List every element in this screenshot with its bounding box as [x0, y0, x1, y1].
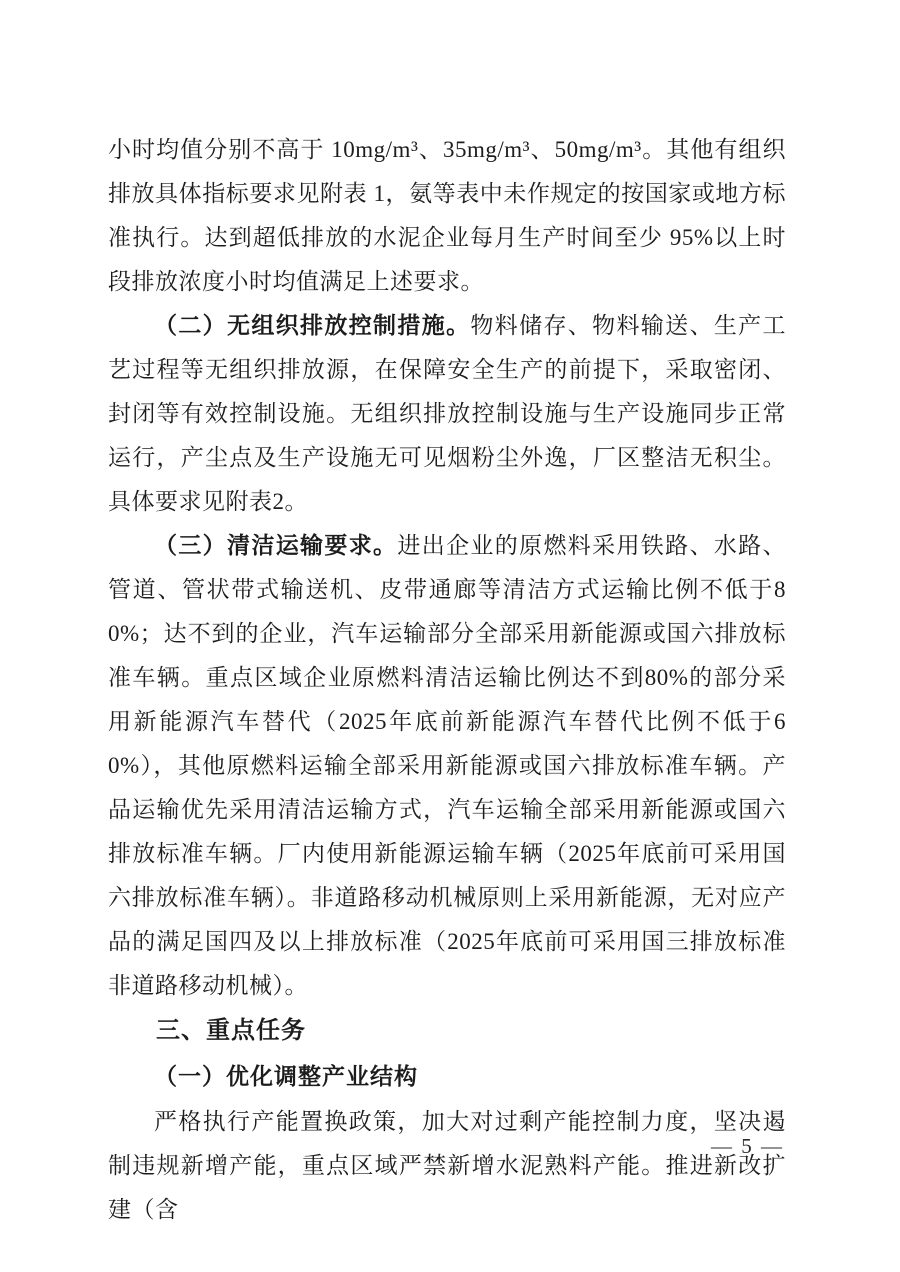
- subsection-heading-industry-structure: （一）优化调整产业结构: [108, 1054, 786, 1100]
- paragraph-emission-limits: 小时均值分别不高于 10mg/m³、35mg/m³、50mg/m³。其他有组织排…: [108, 128, 786, 304]
- paragraph-body-clean-transport: 进出企业的原燃料采用铁路、水路、管道、管状带式输送机、皮带通廊等清洁方式运输比例…: [108, 533, 786, 998]
- section-heading-key-tasks: 三、重点任务: [108, 1008, 786, 1054]
- paragraph-clean-transport: （三）清洁运输要求。进出企业的原燃料采用铁路、水路、管道、管状带式输送机、皮带通…: [108, 524, 786, 1008]
- paragraph-fugitive-emission-control: （二）无组织排放控制措施。物料储存、物料输送、生产工艺过程等无组织排放源，在保障…: [108, 304, 786, 524]
- document-body: 小时均值分别不高于 10mg/m³、35mg/m³、50mg/m³。其他有组织排…: [108, 128, 786, 1232]
- document-page: 小时均值分别不高于 10mg/m³、35mg/m³、50mg/m³。其他有组织排…: [0, 0, 900, 1272]
- paragraph-body-fugitive-emission: 物料储存、物料输送、生产工艺过程等无组织排放源，在保障安全生产的前提下，采取密闭…: [108, 313, 786, 514]
- paragraph-capacity-control: 严格执行产能置换政策，加大对过剩产能控制力度，坚决遏制违规新增产能，重点区域严禁…: [108, 1100, 786, 1232]
- page-number: — 5 —: [711, 1134, 784, 1159]
- paragraph-lead-clean-transport: （三）清洁运输要求。: [154, 533, 397, 558]
- paragraph-lead-fugitive-emission: （二）无组织排放控制措施。: [154, 313, 470, 338]
